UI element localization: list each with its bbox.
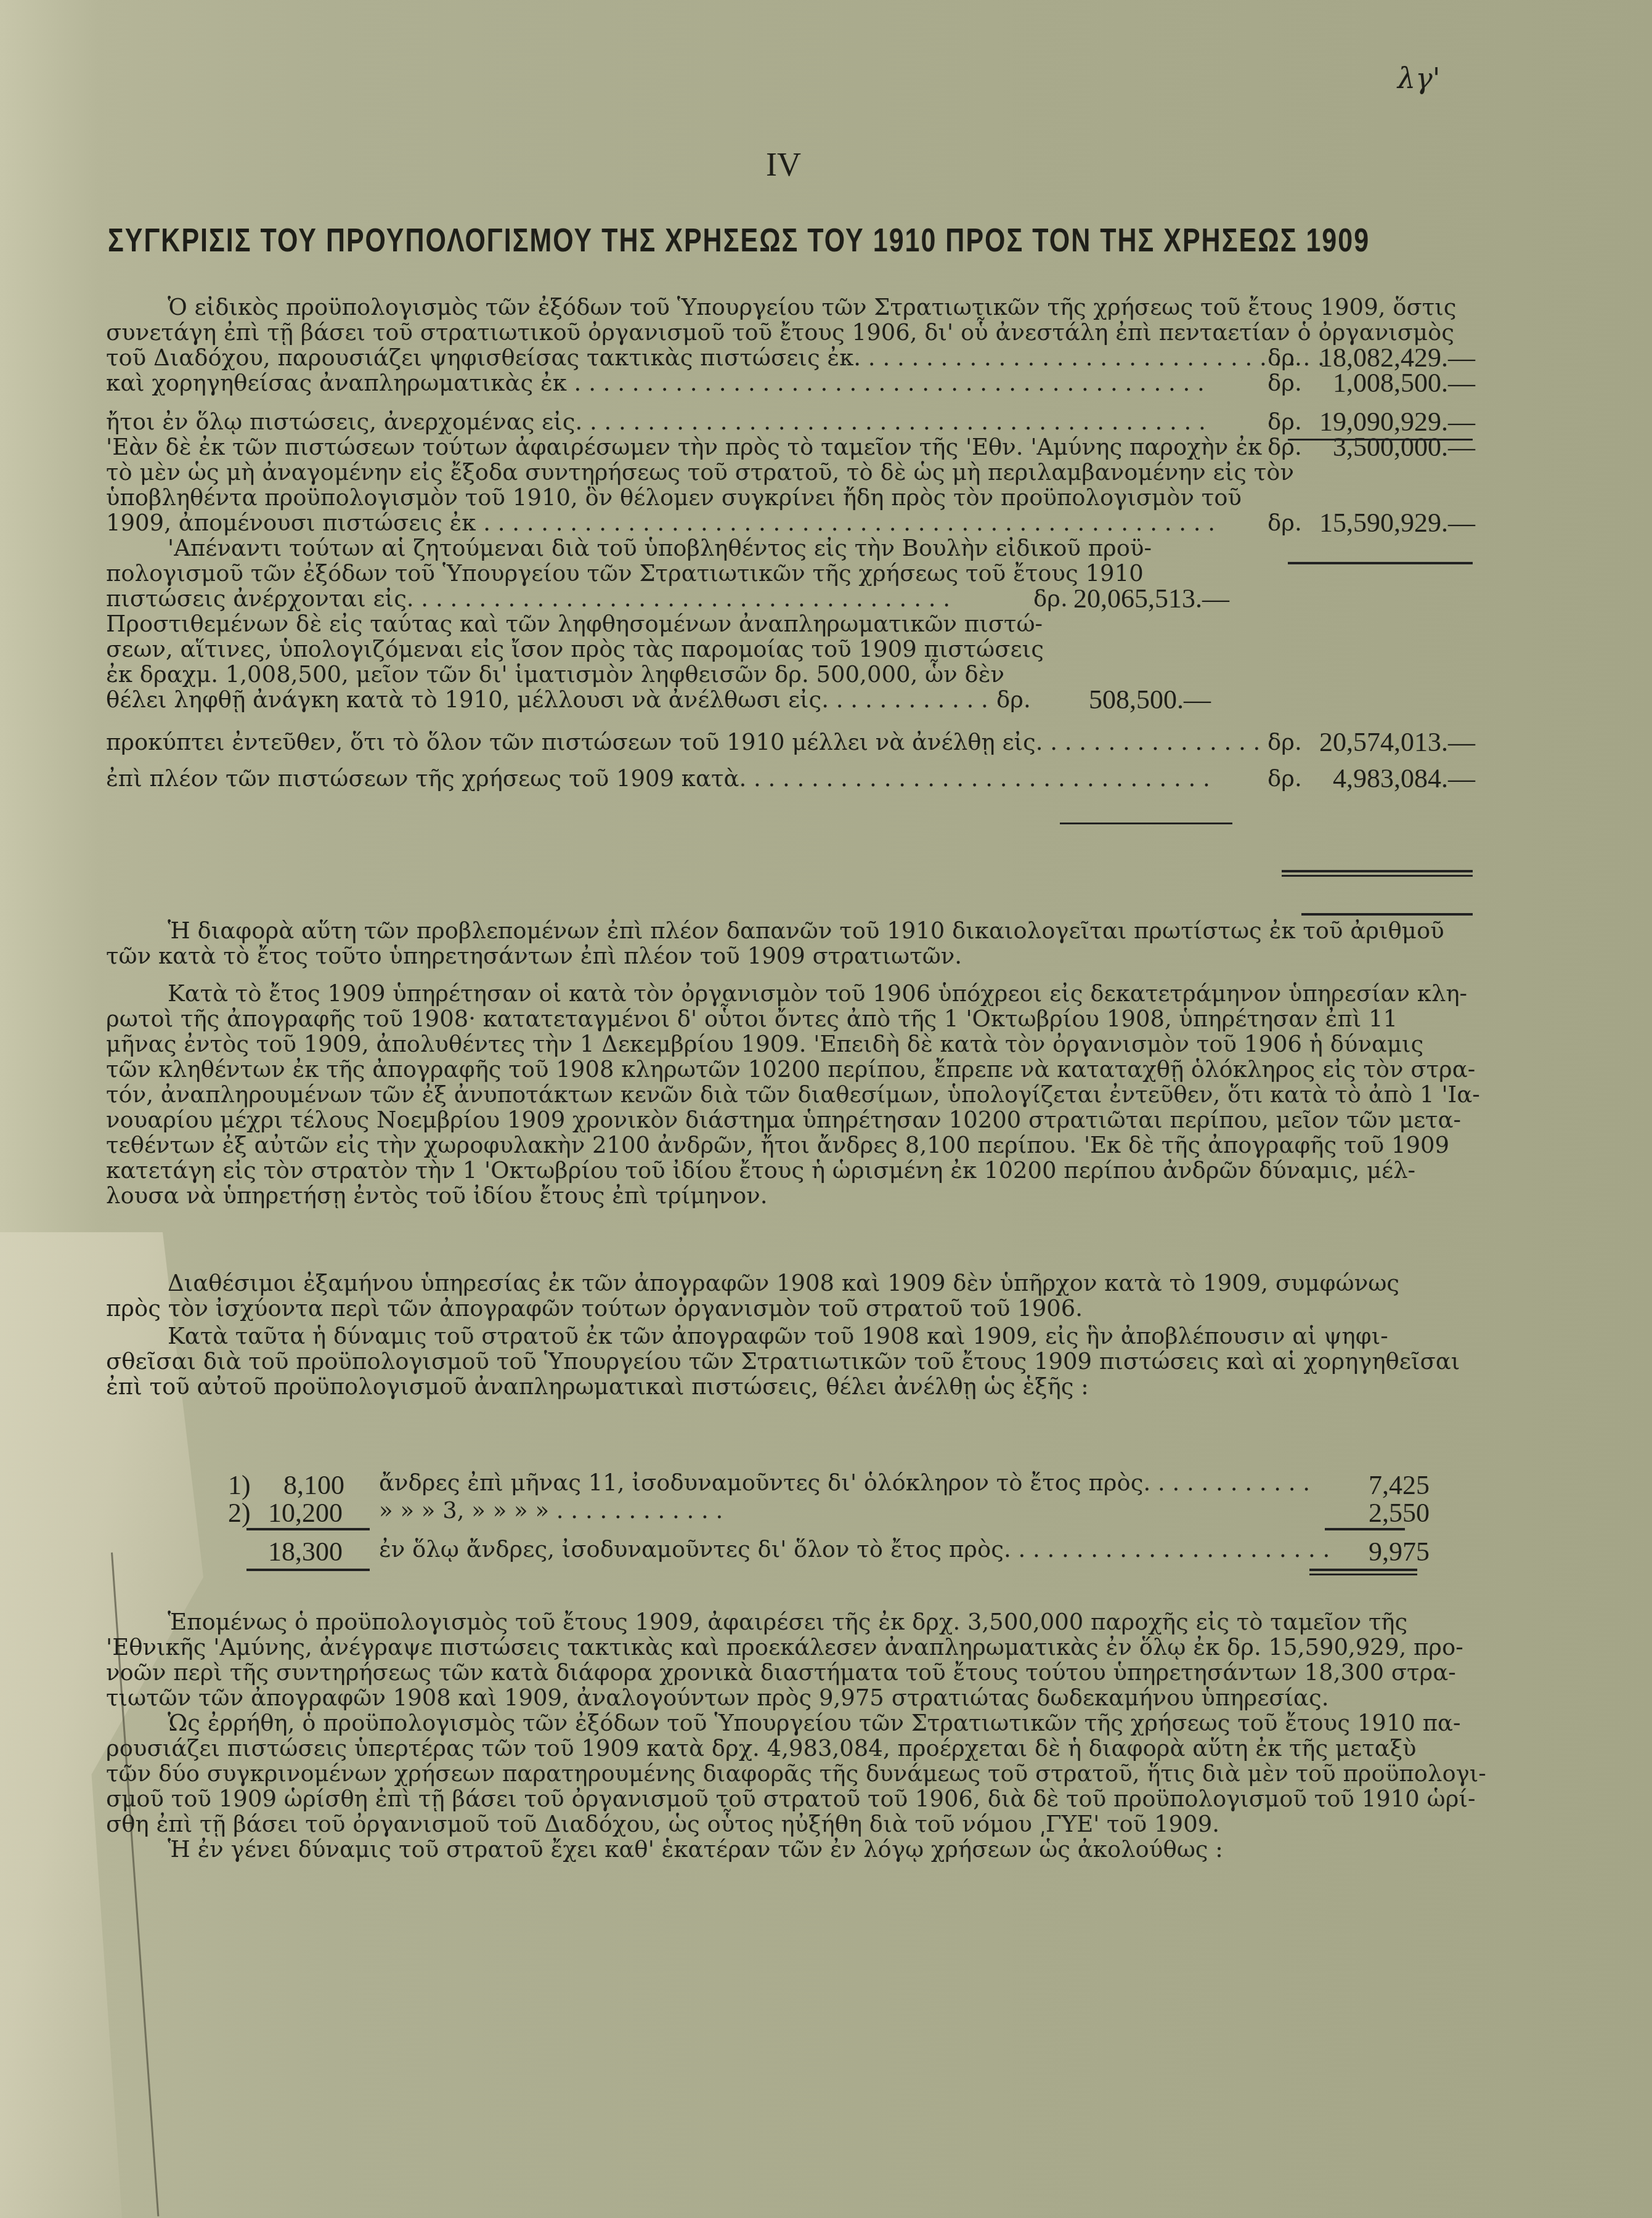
amount: 19,090,929.— (1290, 409, 1475, 434)
sum-rule (1301, 913, 1473, 916)
sum-rule (1282, 875, 1473, 877)
text-line: 'Απέναντι τούτων αἱ ζητούμεναι διὰ τοῦ ὑ… (106, 535, 1475, 561)
paragraph-available: Διαθέσιμοι ἐξαμήνου ὑπηρεσίας ἐκ τῶν ἀπο… (106, 1270, 1475, 1321)
currency-label: δρ. (1033, 586, 1068, 611)
sum-rule (1309, 1569, 1417, 1571)
paragraph-service-1909: Κατὰ τὸ ἔτος 1909 ὑπηρέτησαν οἱ κατὰ τὸν… (106, 981, 1475, 1208)
account-row: θέλει ληφθῇ ἀνάγκη κατὰ τὸ 1910, μέλλουσ… (106, 687, 1475, 712)
strength-table: 1) 8,100 ἄνδρες ἐπὶ μῆνας 11, ἰσοδυναμοῦ… (228, 1469, 1430, 1564)
paragraph-as-stated: Ὡς ἐρρήθη, ὁ προϋπολογισμὸς τῶν ἐξόδων τ… (106, 1710, 1475, 1837)
paragraph-general-strength: Ἡ ἐν γένει δύναμις τοῦ στρατοῦ ἔχει καθ'… (106, 1837, 1475, 1862)
page-title: ΣΥΓΚΡΙΣΙΣ ΤΟΥ ΠΡΟΥΠΟΛΟΓΙΣΜΟΥ ΤΗΣ ΧΡΗΣΕΩΣ… (108, 222, 1476, 259)
paragraph-strength: Κατὰ ταῦτα ἡ δύναμις τοῦ στρατοῦ ἐκ τῶν … (106, 1323, 1475, 1399)
page-number: λγ' (1398, 62, 1440, 95)
paragraph-consequently: Ἑπομένως ὁ προϋπολογισμὸς τοῦ ἔτους 1909… (106, 1609, 1475, 1710)
amount: 18,082,429.— (1290, 345, 1475, 370)
table-row: 2) 10,200 » » » 3, » » » » . . . . . . .… (228, 1497, 1430, 1525)
text-line: συνετάγη ἐπὶ τῇ βάσει τοῦ στρατιωτικοῦ ὀ… (106, 320, 1475, 345)
table-row: 1) 8,100 ἄνδρες ἐπὶ μῆνας 11, ἰσοδυναμοῦ… (228, 1469, 1430, 1497)
account-row: καὶ χορηγηθείσας ἀναπληρωματικὰς ἐκ . . … (106, 370, 1475, 396)
account-row: ἤτοι ἐν ὅλῳ πιστώσεις, ἀνερχομένας εἰς. … (106, 409, 1475, 434)
sum-rule (1060, 823, 1232, 824)
text-line: τὸ μὲν ὡς μὴ ἀναγομένην εἰς ἔξοδα συντηρ… (106, 460, 1475, 485)
text-line: πολογισμοῦ τῶν ἐξόδων τοῦ Ὑπουργείου τῶν… (106, 561, 1475, 586)
text-line: ὑποβληθέντα προϋπολογισμὸν τοῦ 1910, ὃν … (106, 485, 1475, 510)
text-line: σεων, αἵτινες, ὑπολογιζόμεναι εἰς ἴσον π… (106, 636, 1475, 662)
sum-rule (1309, 1574, 1417, 1575)
amount: 15,590,929.— (1290, 510, 1475, 535)
paragraph-difference: Ἡ διαφορὰ αὕτη τῶν προβλεπομένων ἐπὶ πλέ… (106, 918, 1475, 969)
sum-rule (1288, 439, 1473, 441)
account-row: 1909, ἀπομένουσι πιστώσεις ἐκ . . . . . … (106, 510, 1475, 535)
account-row: ἐπὶ πλέον τῶν πιστώσεων τῆς χρήσεως τοῦ … (106, 766, 1475, 791)
amount: 1,008,500.— (1290, 370, 1475, 396)
sum-rule (246, 1528, 370, 1530)
sum-rule (1288, 562, 1473, 564)
accounts-block: Ὁ εἰδικὸς προϋπολογισμὸς τῶν ἐξόδων τοῦ … (106, 295, 1475, 791)
section-number: IV (766, 145, 801, 184)
amount: 4,983,084.— (1290, 766, 1475, 791)
sum-rule (246, 1569, 370, 1571)
sum-rule (1282, 870, 1473, 872)
sum-rule (1325, 1528, 1405, 1530)
currency-label: δρ. (996, 687, 1031, 712)
text-line: Προστιθεμένων δὲ εἰς ταύτας καὶ τῶν ληφθ… (106, 611, 1475, 636)
account-row: πιστώσεις ἀνέρχονται εἰς. . . . . . . . … (106, 586, 1475, 611)
account-row: τοῦ Διαδόχου, παρουσιάζει ψηφισθείσας τα… (106, 345, 1475, 370)
amount: 20,065,513.— (1073, 586, 1229, 611)
amount: 20,574,013.— (1290, 729, 1475, 755)
amount: 508,500.— (1089, 687, 1211, 712)
text-line: Ὁ εἰδικὸς προϋπολογισμὸς τῶν ἐξόδων τοῦ … (106, 295, 1475, 320)
account-row: 'Εὰν δὲ ἐκ τῶν πιστώσεων τούτων ἀφαιρέσω… (106, 434, 1475, 460)
account-row: προκύπτει ἐντεῦθεν, ὅτι τὸ ὅλον τῶν πιστ… (106, 729, 1475, 755)
text-line: ἐκ δραχμ. 1,008,500, μεῖον τῶν δι' ἱματι… (106, 662, 1475, 687)
table-total-row: 18,300 ἐν ὅλῳ ἄνδρες, ἰσοδυναμοῦντες δι'… (228, 1536, 1430, 1564)
